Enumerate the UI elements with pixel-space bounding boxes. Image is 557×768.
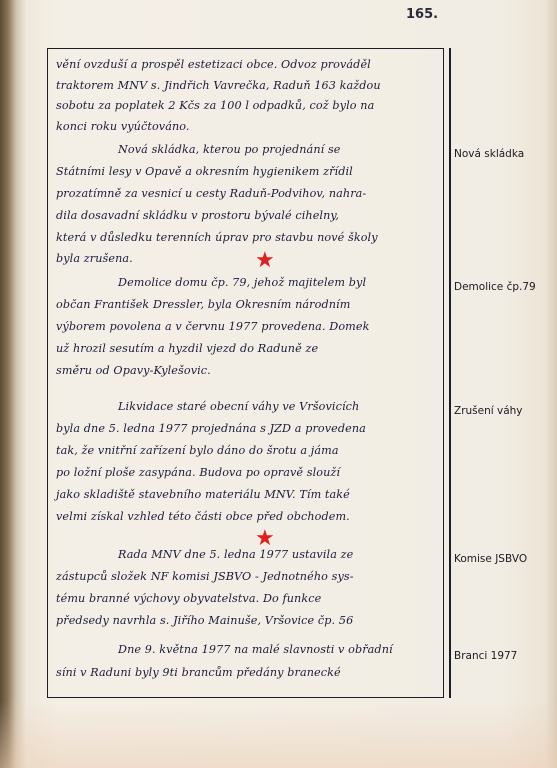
text-line: po ložní ploše zasypána. Budova po oprav… <box>56 466 442 479</box>
page-bottom-shading <box>0 700 557 768</box>
text-line: sobotu za poplatek 2 Kčs za 100 l odpadk… <box>56 99 442 112</box>
text-line: tému branné výchovy obyvatelstva. Do fun… <box>56 592 442 605</box>
margin-note-nova-skladka: Nová skládka <box>454 148 524 160</box>
text-line: velmi získal vzhled této části obce před… <box>56 510 442 523</box>
text-line: občan František Dressler, byla Okresním … <box>56 298 442 311</box>
text-line: konci roku vyúčtováno. <box>56 120 442 133</box>
text-line: byla dne 5. ledna 1977 projednána s JZD … <box>56 422 442 435</box>
margin-note-branci-1977: Branci 1977 <box>454 650 517 662</box>
text-line: Likvidace staré obecní váhy ve Vršovicíc… <box>118 400 442 413</box>
text-line: Dne 9. května 1977 na malé slavnosti v o… <box>118 643 442 656</box>
page-number: 165. <box>406 7 438 22</box>
text-line: síni v Raduni byly 9ti brancům předány b… <box>56 666 442 679</box>
text-line: vění ovzduší a prospěl estetizaci obce. … <box>56 58 442 71</box>
text-line: Státními lesy v Opavě a okresním hygieni… <box>56 165 442 178</box>
margin-note-zruseni-vahy: Zrušení váhy <box>454 405 523 417</box>
text-line: výborem povolena a v červnu 1977 provede… <box>56 320 442 333</box>
text-line: Demolice domu čp. 79, jehož majitelem by… <box>118 276 442 289</box>
text-line: Rada MNV dne 5. ledna 1977 ustavila ze <box>118 548 442 561</box>
text-line: prozatímně za vesnicí u cesty Raduň-Podv… <box>56 187 442 200</box>
margin-note-demolice: Demolice čp.79 <box>454 281 536 293</box>
text-line: traktorem MNV s. Jindřich Vavrečka, Radu… <box>56 79 442 92</box>
text-line: byla zrušena. <box>56 252 442 265</box>
text-line: dila dosavadní skládku v prostoru bývalé… <box>56 209 442 222</box>
text-line: tak, že vnitřní zařízení bylo dáno do šr… <box>56 444 442 457</box>
text-line: jako skladiště stavebního materiálu MNV.… <box>56 488 442 501</box>
text-line: která v důsledku terenních úprav pro sta… <box>56 231 442 244</box>
red-star-icon: ★ <box>255 250 275 272</box>
text-line: Nová skládka, kterou po projednání se <box>118 143 442 156</box>
text-line: předsedy navrhla s. Jiřího Mainuše, Vršo… <box>56 614 442 627</box>
margin-note-komise-jsbvo: Komise JSBVO <box>454 553 527 565</box>
text-line: zástupců složek NF komisi JSBVO - Jednot… <box>56 570 442 583</box>
margin-rule <box>449 48 451 698</box>
red-star-icon: ★ <box>255 528 275 550</box>
text-line: směru od Opavy-Kylešovic. <box>56 364 442 377</box>
text-line: už hrozil sesutím a hyzdil vjezd do Radu… <box>56 342 442 355</box>
